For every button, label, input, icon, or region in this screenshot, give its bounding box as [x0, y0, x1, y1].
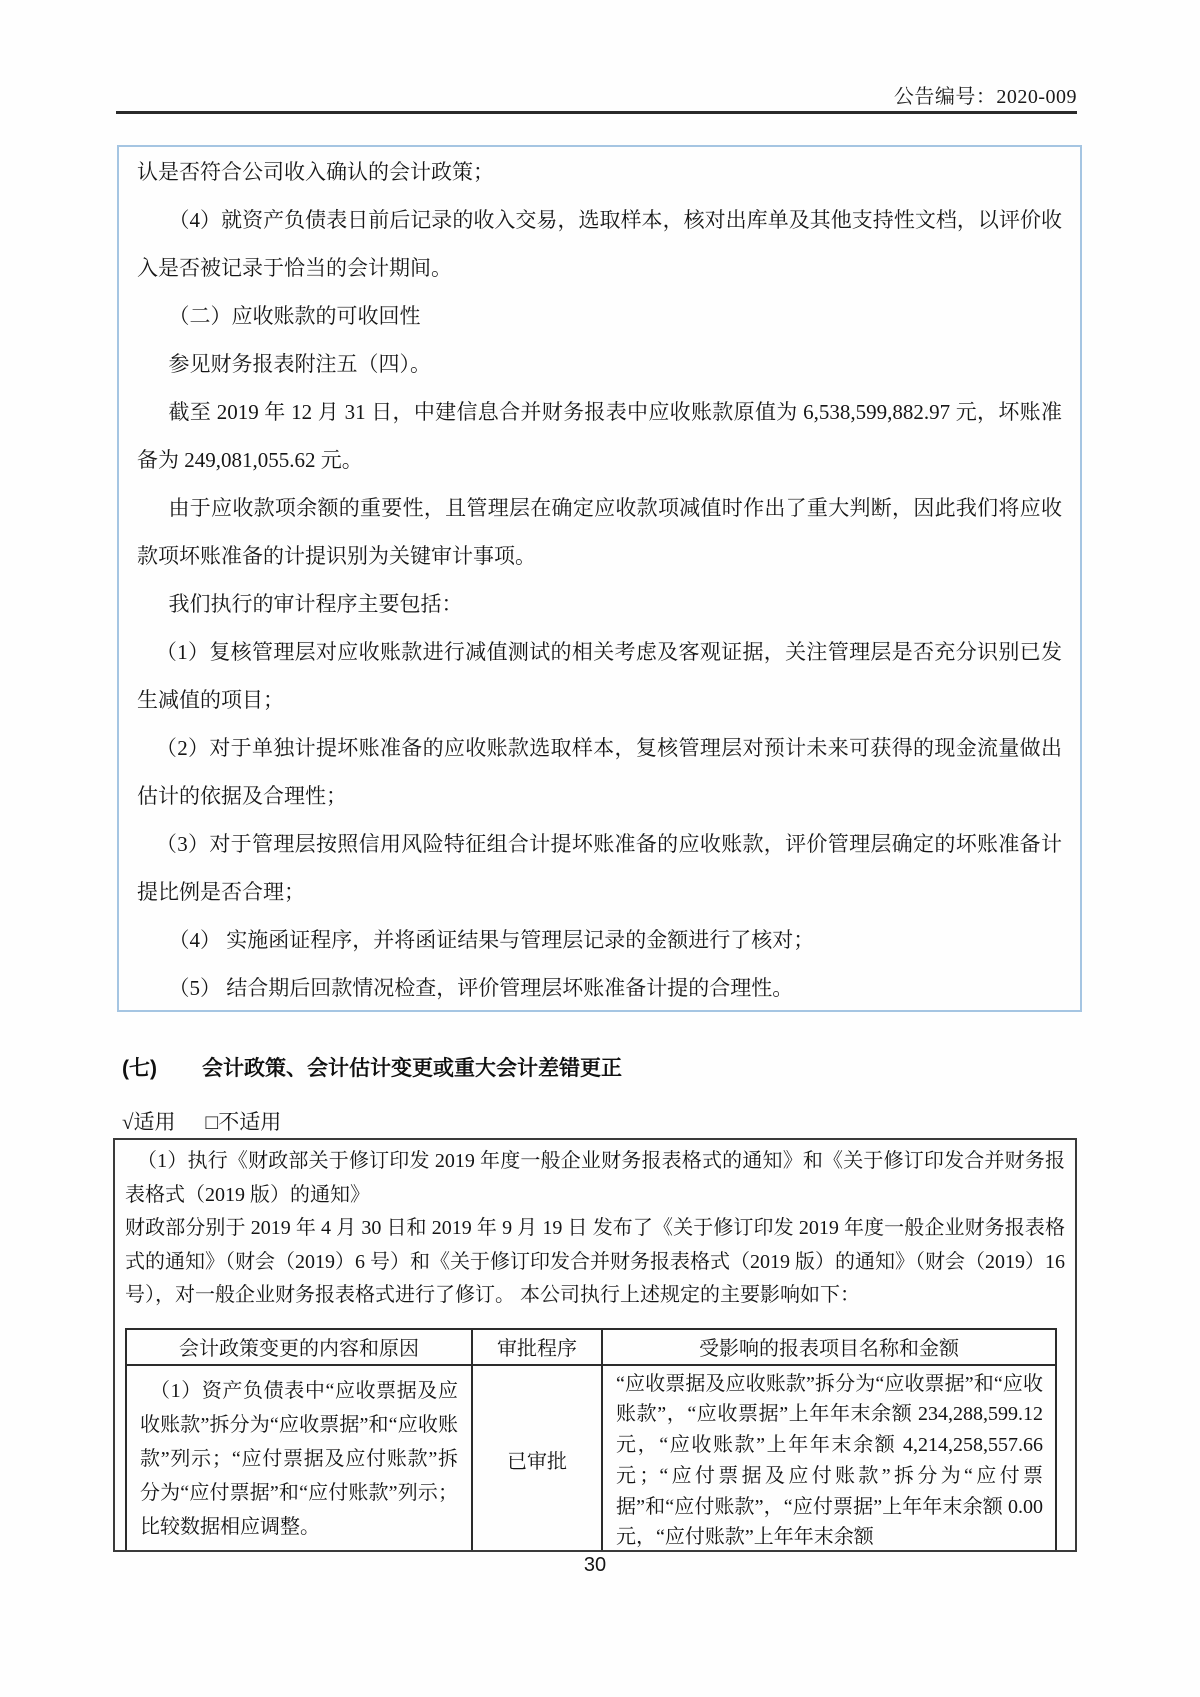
header-divider [116, 111, 1077, 114]
cell-impacted-items: “应收票据及应收账款”拆分为“应收票据”和“应收账款”，“应收票据”上年年末余额… [602, 1365, 1056, 1553]
table-row: （1）资产负债表中“应收票据及应收账款”拆分为“应收票据”和“应收账款”列示；“… [126, 1365, 1056, 1553]
policy-notice: （1）执行《财政部关于修订印发 2019 年度一般企业财务报表格式的通知》和《关… [125, 1145, 1065, 1313]
policy-change-table: 会计政策变更的内容和原因 审批程序 受影响的报表项目名称和金额 （1）资产负债表… [125, 1328, 1057, 1553]
document-page: 公告编号：2020-009 认是否符合公司收入确认的会计政策； （4）就资产负债… [0, 0, 1200, 1697]
announcement-number: 公告编号：2020-009 [894, 80, 1077, 109]
section-title: 会计政策、会计估计变更或重大会计差错更正 [202, 1052, 622, 1082]
col-header-impact: 受影响的报表项目名称和金额 [602, 1329, 1056, 1365]
audit-paragraph: （4）就资产负债表日前后记录的收入交易，选取样本，核对出库单及其他支持性文档，以… [137, 196, 1062, 292]
audit-paragraph: （4） 实施函证程序，并将函证结果与管理层记录的金额进行了核对； [137, 916, 1062, 964]
col-header-change: 会计政策变更的内容和原因 [126, 1329, 472, 1365]
section-heading: (七) 会计政策、会计估计变更或重大会计差错更正 [122, 1052, 622, 1082]
applicable-option: √适用 [122, 1106, 176, 1136]
audit-paragraph: 认是否符合公司收入确认的会计政策； [137, 148, 1062, 196]
page-number: 30 [113, 1554, 1077, 1577]
cell-change-content: （1）资产负债表中“应收票据及应收账款”拆分为“应收票据”和“应收账款”列示；“… [126, 1365, 472, 1553]
applicability-line: √适用 □不适用 [122, 1106, 281, 1136]
table-header-row: 会计政策变更的内容和原因 审批程序 受影响的报表项目名称和金额 [126, 1329, 1056, 1365]
audit-paragraph: （二）应收账款的可收回性 [137, 292, 1062, 340]
audit-paragraph: （5） 结合期后回款情况检查，评价管理层坏账准备计提的合理性。 [137, 964, 1062, 1012]
policy-change-box: （1）执行《财政部关于修订印发 2019 年度一般企业财务报表格式的通知》和《关… [113, 1138, 1077, 1552]
audit-paragraph: 我们执行的审计程序主要包括： [137, 580, 1062, 628]
audit-paragraph: 参见财务报表附注五（四）。 [137, 340, 1062, 388]
col-header-approval: 审批程序 [472, 1329, 602, 1365]
notice-body-paragraph: 财政部分别于 2019 年 4 月 30 日和 2019 年 9 月 19 日 … [125, 1212, 1065, 1313]
cell-approval-status: 已审批 [472, 1365, 602, 1553]
section-number: (七) [122, 1052, 202, 1082]
audit-paragraph: （1）复核管理层对应收账款进行减值测试的相关考虑及客观证据，关注管理层是否充分识… [137, 628, 1062, 724]
audit-paragraph: （3）对于管理层按照信用风险特征组合计提坏账准备的应收账款，评价管理层确定的坏账… [137, 820, 1062, 916]
not-applicable-option: □不适用 [206, 1106, 282, 1136]
audit-paragraph: 由于应收款项余额的重要性，且管理层在确定应收款项减值时作出了重大判断，因此我们将… [137, 484, 1062, 580]
audit-paragraph: 截至 2019 年 12 月 31 日，中建信息合并财务报表中应收账款原值为 6… [137, 388, 1062, 484]
notice-title-paragraph: （1）执行《财政部关于修订印发 2019 年度一般企业财务报表格式的通知》和《关… [125, 1145, 1065, 1212]
key-audit-matters-box: 认是否符合公司收入确认的会计政策； （4）就资产负债表日前后记录的收入交易，选取… [117, 145, 1082, 1012]
audit-paragraph: （2）对于单独计提坏账准备的应收账款选取样本，复核管理层对预计未来可获得的现金流… [137, 724, 1062, 820]
